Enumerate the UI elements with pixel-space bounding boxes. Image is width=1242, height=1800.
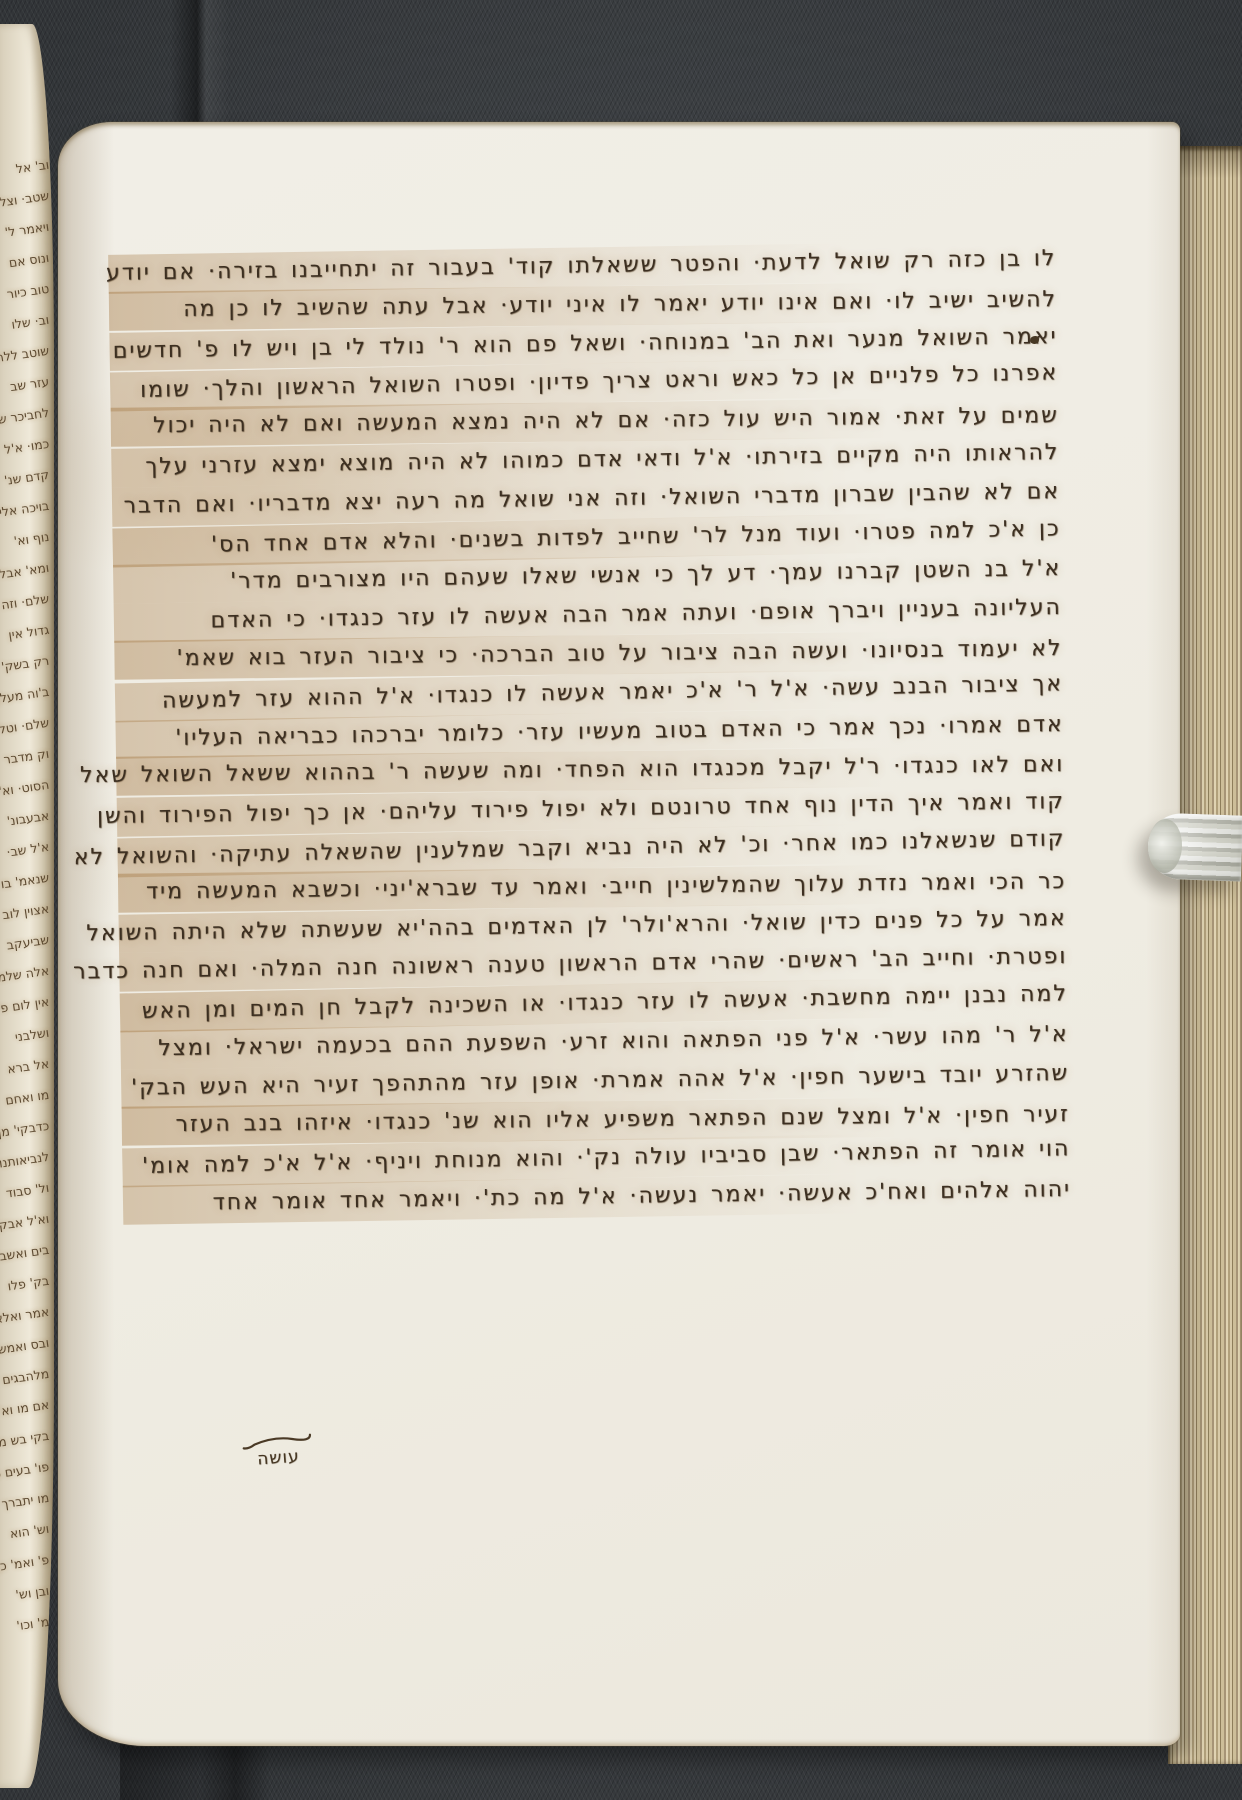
catchword-block: עושה (235, 1431, 321, 1471)
gutter-text-fragment: מ' וכו' (0, 1605, 54, 1643)
main-text-block: לו בן כזה רק שואל לדעת· והפטר ששאלתו קוד… (108, 240, 1071, 1225)
manuscript-page: לו בן כזה רק שואל לדעת· והפטר ששאלתו קוד… (58, 122, 1180, 1746)
page-weight-roll (1147, 812, 1242, 881)
facing-page-edge: וב' אל שטב· וצל ויאמר ל' ונוס אם טוב כיו… (0, 24, 54, 1788)
page-weight-roll-tip (1147, 818, 1183, 873)
facing-page-blank-margin (0, 24, 54, 148)
photograph-of-open-manuscript: וב' אל שטב· וצל ויאמר ל' ונוס אם טוב כיו… (0, 0, 1242, 1800)
stray-ink-dot (1030, 336, 1039, 344)
